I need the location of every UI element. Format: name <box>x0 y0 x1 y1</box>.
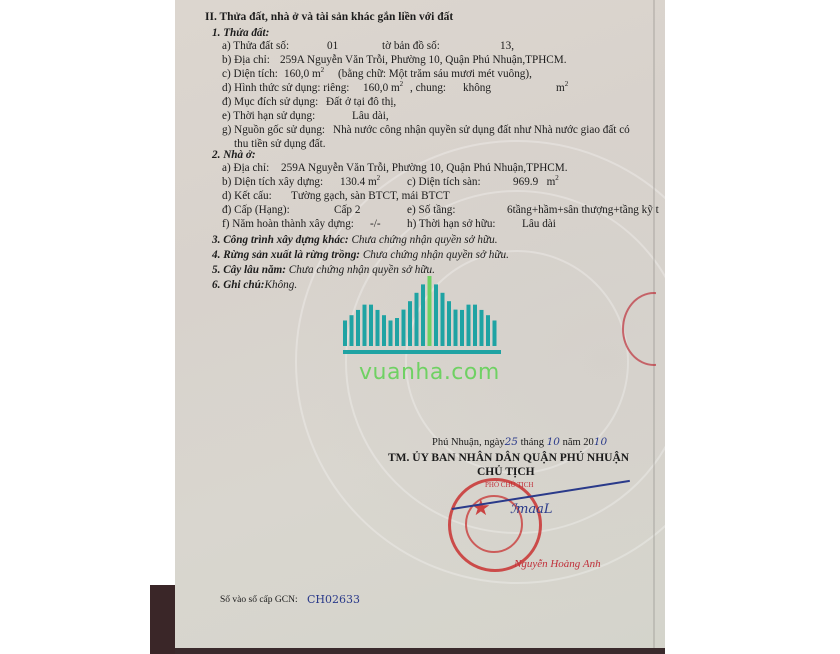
floors: 6tầng+hầm+sân thượng+tầng kỹ t <box>507 205 659 216</box>
grade: Cấp 2 <box>334 205 360 216</box>
ownership-term: Lâu dài <box>522 219 556 230</box>
background-edge <box>175 648 665 654</box>
house-address: 259A Nguyễn Văn Trỗi, Phường 10, Quận Ph… <box>281 163 568 174</box>
side-stamp <box>622 292 686 366</box>
registry-label: Số vào sổ cấp GCN: <box>220 596 298 606</box>
other-item-note: 6. Ghi chú:Không. <box>212 280 297 291</box>
land-area-label: c) Diện tích: <box>222 69 278 80</box>
watermark-text: vuanha.com <box>359 360 500 385</box>
land-area: 160,0 m2 <box>284 69 324 80</box>
land-heading: 1. Thửa đất: <box>212 28 269 39</box>
other-item-perennial: 5. Cây lâu năm: Chưa chứng nhận quyền sở… <box>212 265 435 276</box>
purpose-label: đ) Mục đích sử dụng: <box>222 97 318 108</box>
floor-area-label: c) Diện tích sàn: <box>407 177 481 188</box>
map-sheet-label: tờ bản đồ số: <box>382 41 440 52</box>
origin-line1: Nhà nước công nhận quyền sử dụng đất như… <box>333 125 630 136</box>
building-bars-icon <box>343 276 513 360</box>
section-title: II. Thửa đất, nhà ở và tài sản khác gắn … <box>205 12 453 24</box>
completion: -/- <box>370 219 381 230</box>
built-area: 130.4 m2 <box>340 177 380 188</box>
ownership-term-label: h) Thời hạn sở hữu: <box>407 219 496 230</box>
other-item-forest: 4. Rừng sản xuất là rừng trồng: Chưa chứ… <box>212 250 509 261</box>
land-address-label: b) Địa chỉ: <box>222 55 270 66</box>
usage-shared-unit: m2 <box>556 83 568 94</box>
signer-name: Nguyễn Hoàng Anh <box>514 559 601 570</box>
usage-form-label: d) Hình thức sử dụng: riêng: <box>222 83 349 94</box>
house-heading: 2. Nhà ở: <box>212 150 256 161</box>
house-address-label: a) Địa chỉ: <box>222 163 269 174</box>
registry-number: CH02633 <box>307 594 360 605</box>
background-edge <box>150 585 175 654</box>
map-sheet-no: 13, <box>500 41 514 52</box>
grade-label: đ) Cấp (Hạng): <box>222 205 290 216</box>
floor-area: 969.9 m2 <box>513 177 559 188</box>
structure: Tường gạch, sàn BTCT, mái BTCT <box>291 191 450 202</box>
built-area-label: b) Diện tích xây dựng: <box>222 177 323 188</box>
chairman-title: CHỦ TỊCH <box>477 467 535 479</box>
place-date: Phú Nhuận, ngày25 tháng 10 năm 2010 <box>432 437 607 449</box>
usage-shared: không <box>463 83 491 94</box>
parcel-no: 01 <box>327 41 338 52</box>
floors-label: e) Số tầng: <box>407 205 455 216</box>
other-item-construction: 3. Công trình xây dựng khác: Chưa chứng … <box>212 235 498 246</box>
origin-label: g) Nguồn gốc sử dụng: <box>222 125 325 136</box>
usage-shared-label: , chung: <box>410 83 446 94</box>
structure-label: d) Kết cấu: <box>222 191 272 202</box>
land-address: 259A Nguyễn Văn Trỗi, Phường 10, Quận Ph… <box>280 55 567 66</box>
usage-private: 160,0 m2 <box>363 83 403 94</box>
star-icon: ★ <box>471 495 491 521</box>
term: Lâu dài, <box>352 111 389 122</box>
authority: TM. ỦY BAN NHÂN DÂN QUẬN PHÚ NHUẬN <box>388 453 629 465</box>
term-label: e) Thời hạn sử dụng: <box>222 111 315 122</box>
land-area-words: (bằng chữ: Một trăm sáu mươi mét vuông), <box>338 69 532 80</box>
purpose: Đất ở tại đô thị, <box>326 97 396 108</box>
parcel-label: a) Thửa đất số: <box>222 41 289 52</box>
signature: ℐmaaL <box>510 503 553 516</box>
vuanha-watermark-logo: vuanha.com <box>343 276 513 386</box>
completion-label: f) Năm hoàn thành xây dựng: <box>222 219 354 230</box>
